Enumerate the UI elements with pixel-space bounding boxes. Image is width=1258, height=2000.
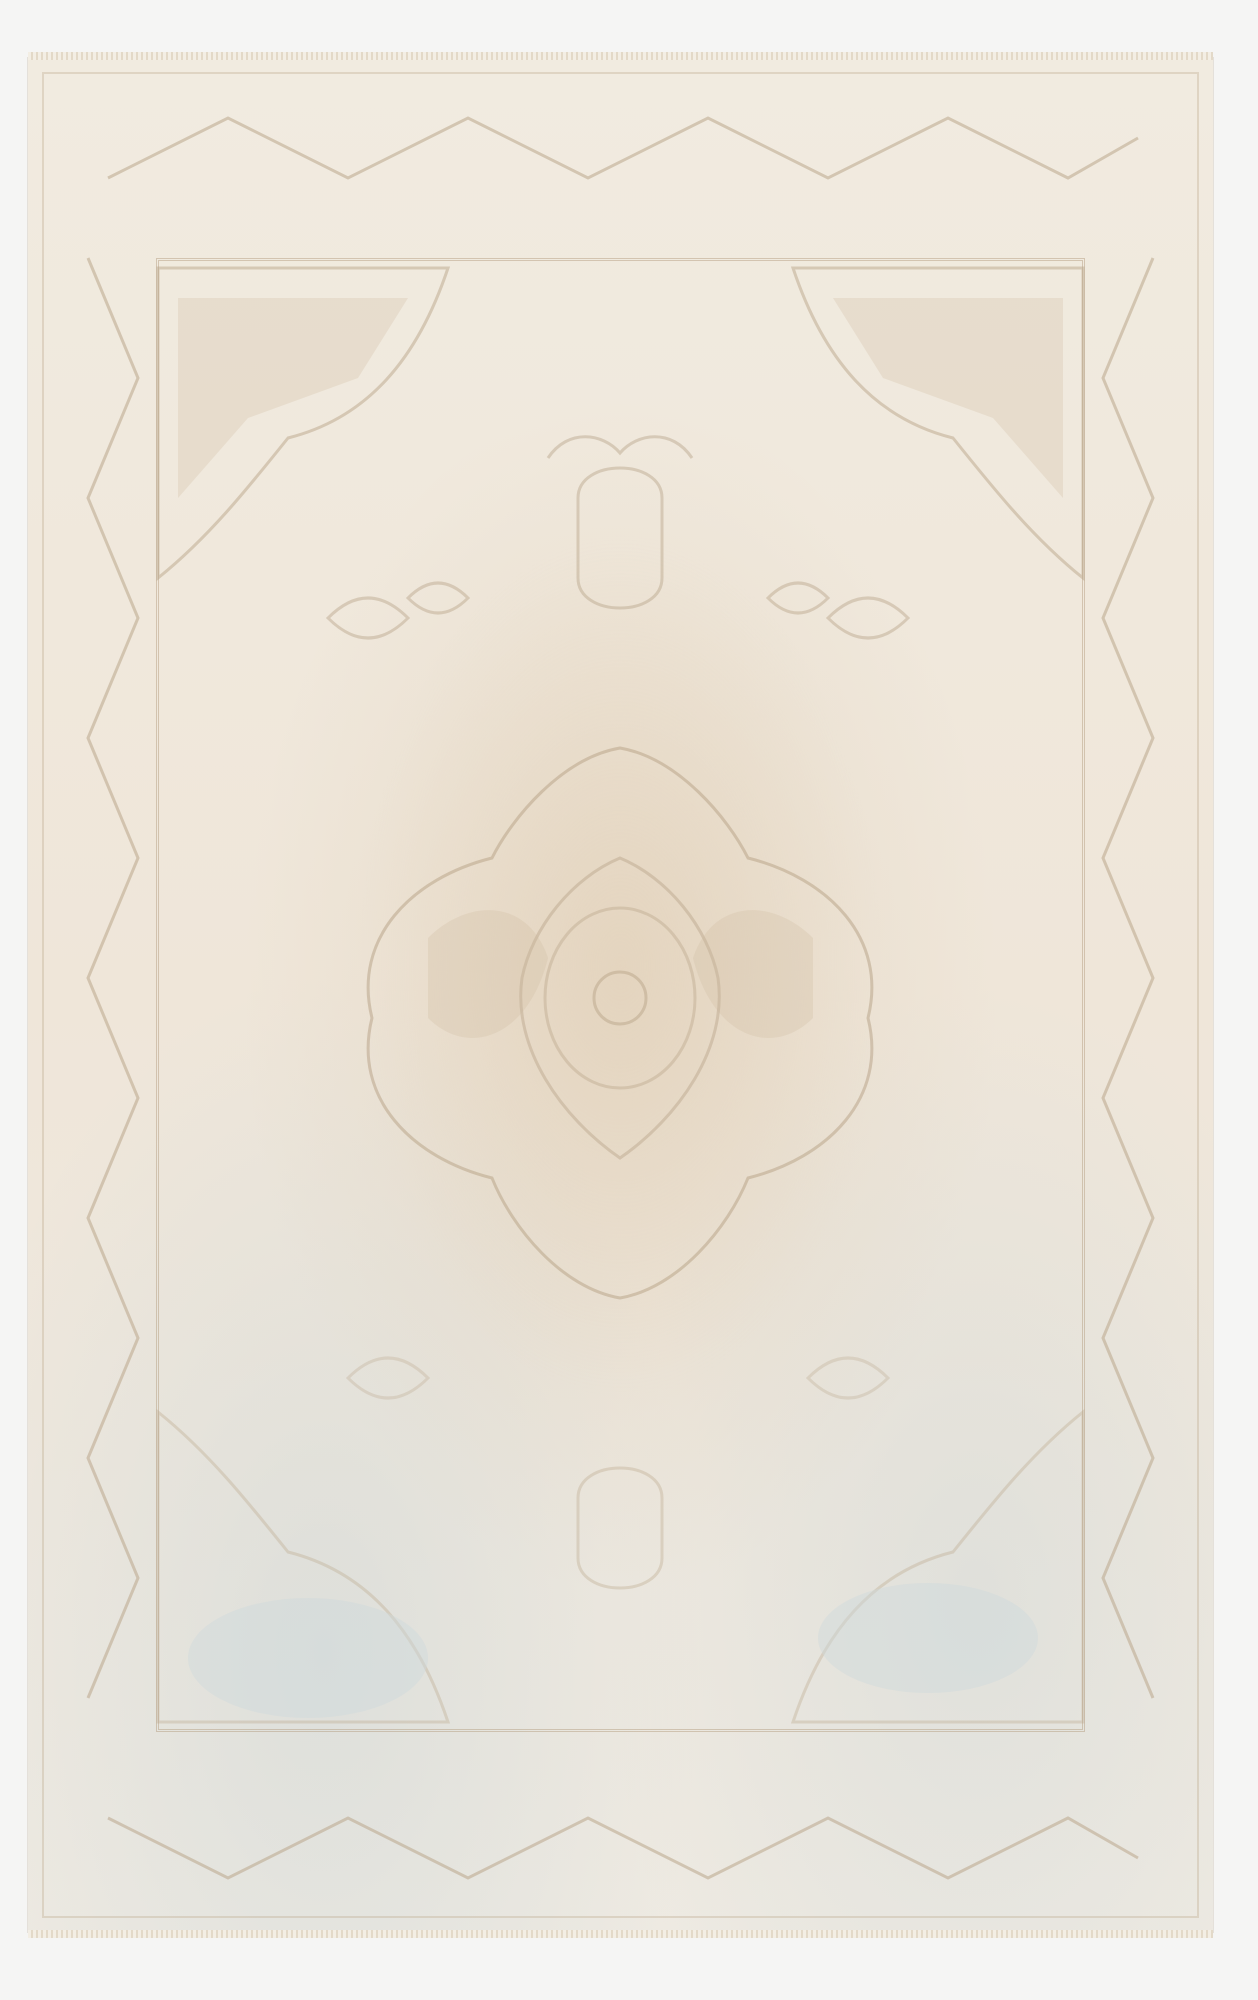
rug bbox=[28, 58, 1213, 1932]
rug-pattern bbox=[28, 58, 1213, 1932]
